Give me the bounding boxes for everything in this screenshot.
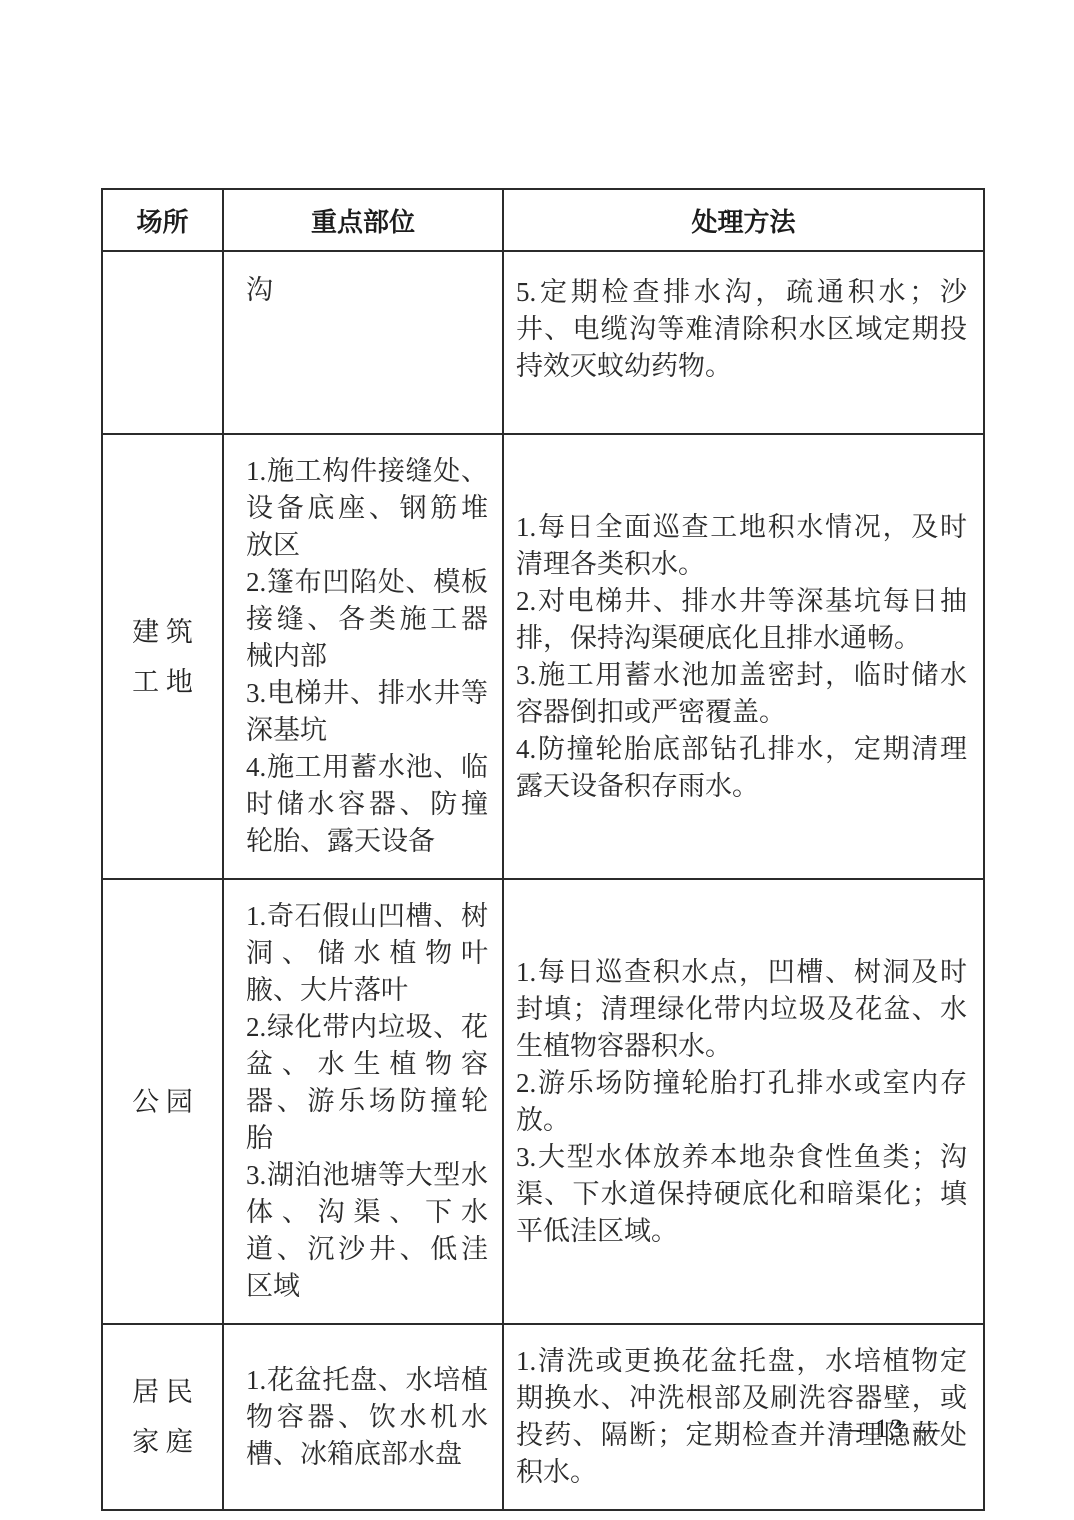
place-label-line: 工地 [103,657,222,707]
place-label-line: 公园 [103,1077,222,1127]
key-part-item: 4.施工用蓄水池、临时储水容器、防撞轮胎、露天设备 [246,749,488,860]
method-item: 2.对电梯井、排水井等深基坑每日抽排，保持沟渠硬底化且排水通畅。 [516,583,967,657]
cell-key-parts-park: 1.奇石假山凹槽、树洞、储水植物叶腋、大片落叶 2.绿化带内垃圾、花盆、水生植物… [223,879,503,1324]
document-page: 场所 重点部位 处理方法 沟 5.定期检查排水沟，疏通积水；沙井、电缆沟等难清除… [0,0,1074,1520]
table-header-row: 场所 重点部位 处理方法 [102,189,984,251]
key-part-item: 1.施工构件接缝处、设备底座、钢筋堆放区 [246,453,488,564]
cell-key-parts-continuation: 沟 [223,251,503,434]
method-item: 3.施工用蓄水池加盖密封，临时储水容器倒扣或严密覆盖。 [516,657,967,731]
page-number: — 13 — [790,1414,990,1444]
key-part-item: 2.绿化带内垃圾、花盆、水生植物容器、游乐场防撞轮胎 [246,1009,488,1157]
place-label-line: 家庭 [103,1417,222,1467]
table-row-construction-site: 建筑 工地 1.施工构件接缝处、设备底座、钢筋堆放区 2.篷布凹陷处、模板接缝、… [102,434,984,879]
cell-place-park: 公园 [102,879,223,1324]
cell-key-parts-resident: 1.花盆托盘、水培植物容器、饮水机水槽、冰箱底部水盘 [223,1324,503,1510]
cell-methods-continuation: 5.定期检查排水沟，疏通积水；沙井、电缆沟等难清除积水区域定期投持效灭蚊幼药物。 [503,251,984,434]
method-item: 1.每日全面巡查工地积水情况，及时清理各类积水。 [516,509,967,583]
cell-place-empty [102,251,223,434]
key-part-item: 3.湖泊池塘等大型水体、沟渠、下水道、沉沙井、低洼区域 [246,1157,488,1305]
place-label-line: 居民 [103,1367,222,1417]
method-item: 4.防撞轮胎底部钻孔排水，定期清理露天设备积存雨水。 [516,731,967,805]
key-part-item: 沟 [246,272,488,309]
cell-key-parts-construction: 1.施工构件接缝处、设备底座、钢筋堆放区 2.篷布凹陷处、模板接缝、各类施工器械… [223,434,503,879]
header-place: 场所 [102,189,223,251]
table-row-park: 公园 1.奇石假山凹槽、树洞、储水植物叶腋、大片落叶 2.绿化带内垃圾、花盆、水… [102,879,984,1324]
method-item: 1.每日巡查积水点，凹槽、树洞及时封填；清理绿化带内垃圾及花盆、水生植物容器积水… [516,954,967,1065]
cell-place-construction: 建筑 工地 [102,434,223,879]
table-row-continuation: 沟 5.定期检查排水沟，疏通积水；沙井、电缆沟等难清除积水区域定期投持效灭蚊幼药… [102,251,984,434]
place-label-line: 建筑 [103,607,222,657]
cell-methods-park: 1.每日巡查积水点，凹槽、树洞及时封填；清理绿化带内垃圾及花盆、水生植物容器积水… [503,879,984,1324]
cell-methods-construction: 1.每日全面巡查工地积水情况，及时清理各类积水。 2.对电梯井、排水井等深基坑每… [503,434,984,879]
cell-place-resident: 居民 家庭 [102,1324,223,1510]
key-part-item: 1.奇石假山凹槽、树洞、储水植物叶腋、大片落叶 [246,898,488,1009]
method-item: 5.定期检查排水沟，疏通积水；沙井、电缆沟等难清除积水区域定期投持效灭蚊幼药物。 [516,274,967,385]
key-part-item: 3.电梯井、排水井等深基坑 [246,675,488,749]
header-key-parts: 重点部位 [223,189,503,251]
header-methods: 处理方法 [503,189,984,251]
key-part-item: 2.篷布凹陷处、模板接缝、各类施工器械内部 [246,564,488,675]
mosquito-control-table: 场所 重点部位 处理方法 沟 5.定期检查排水沟，疏通积水；沙井、电缆沟等难清除… [101,188,985,1511]
method-item: 3.大型水体放养本地杂食性鱼类；沟渠、下水道保持硬底化和暗渠化；填平低洼区域。 [516,1139,967,1250]
key-part-item: 1.花盆托盘、水培植物容器、饮水机水槽、冰箱底部水盘 [246,1362,488,1473]
method-item: 2.游乐场防撞轮胎打孔排水或室内存放。 [516,1065,967,1139]
